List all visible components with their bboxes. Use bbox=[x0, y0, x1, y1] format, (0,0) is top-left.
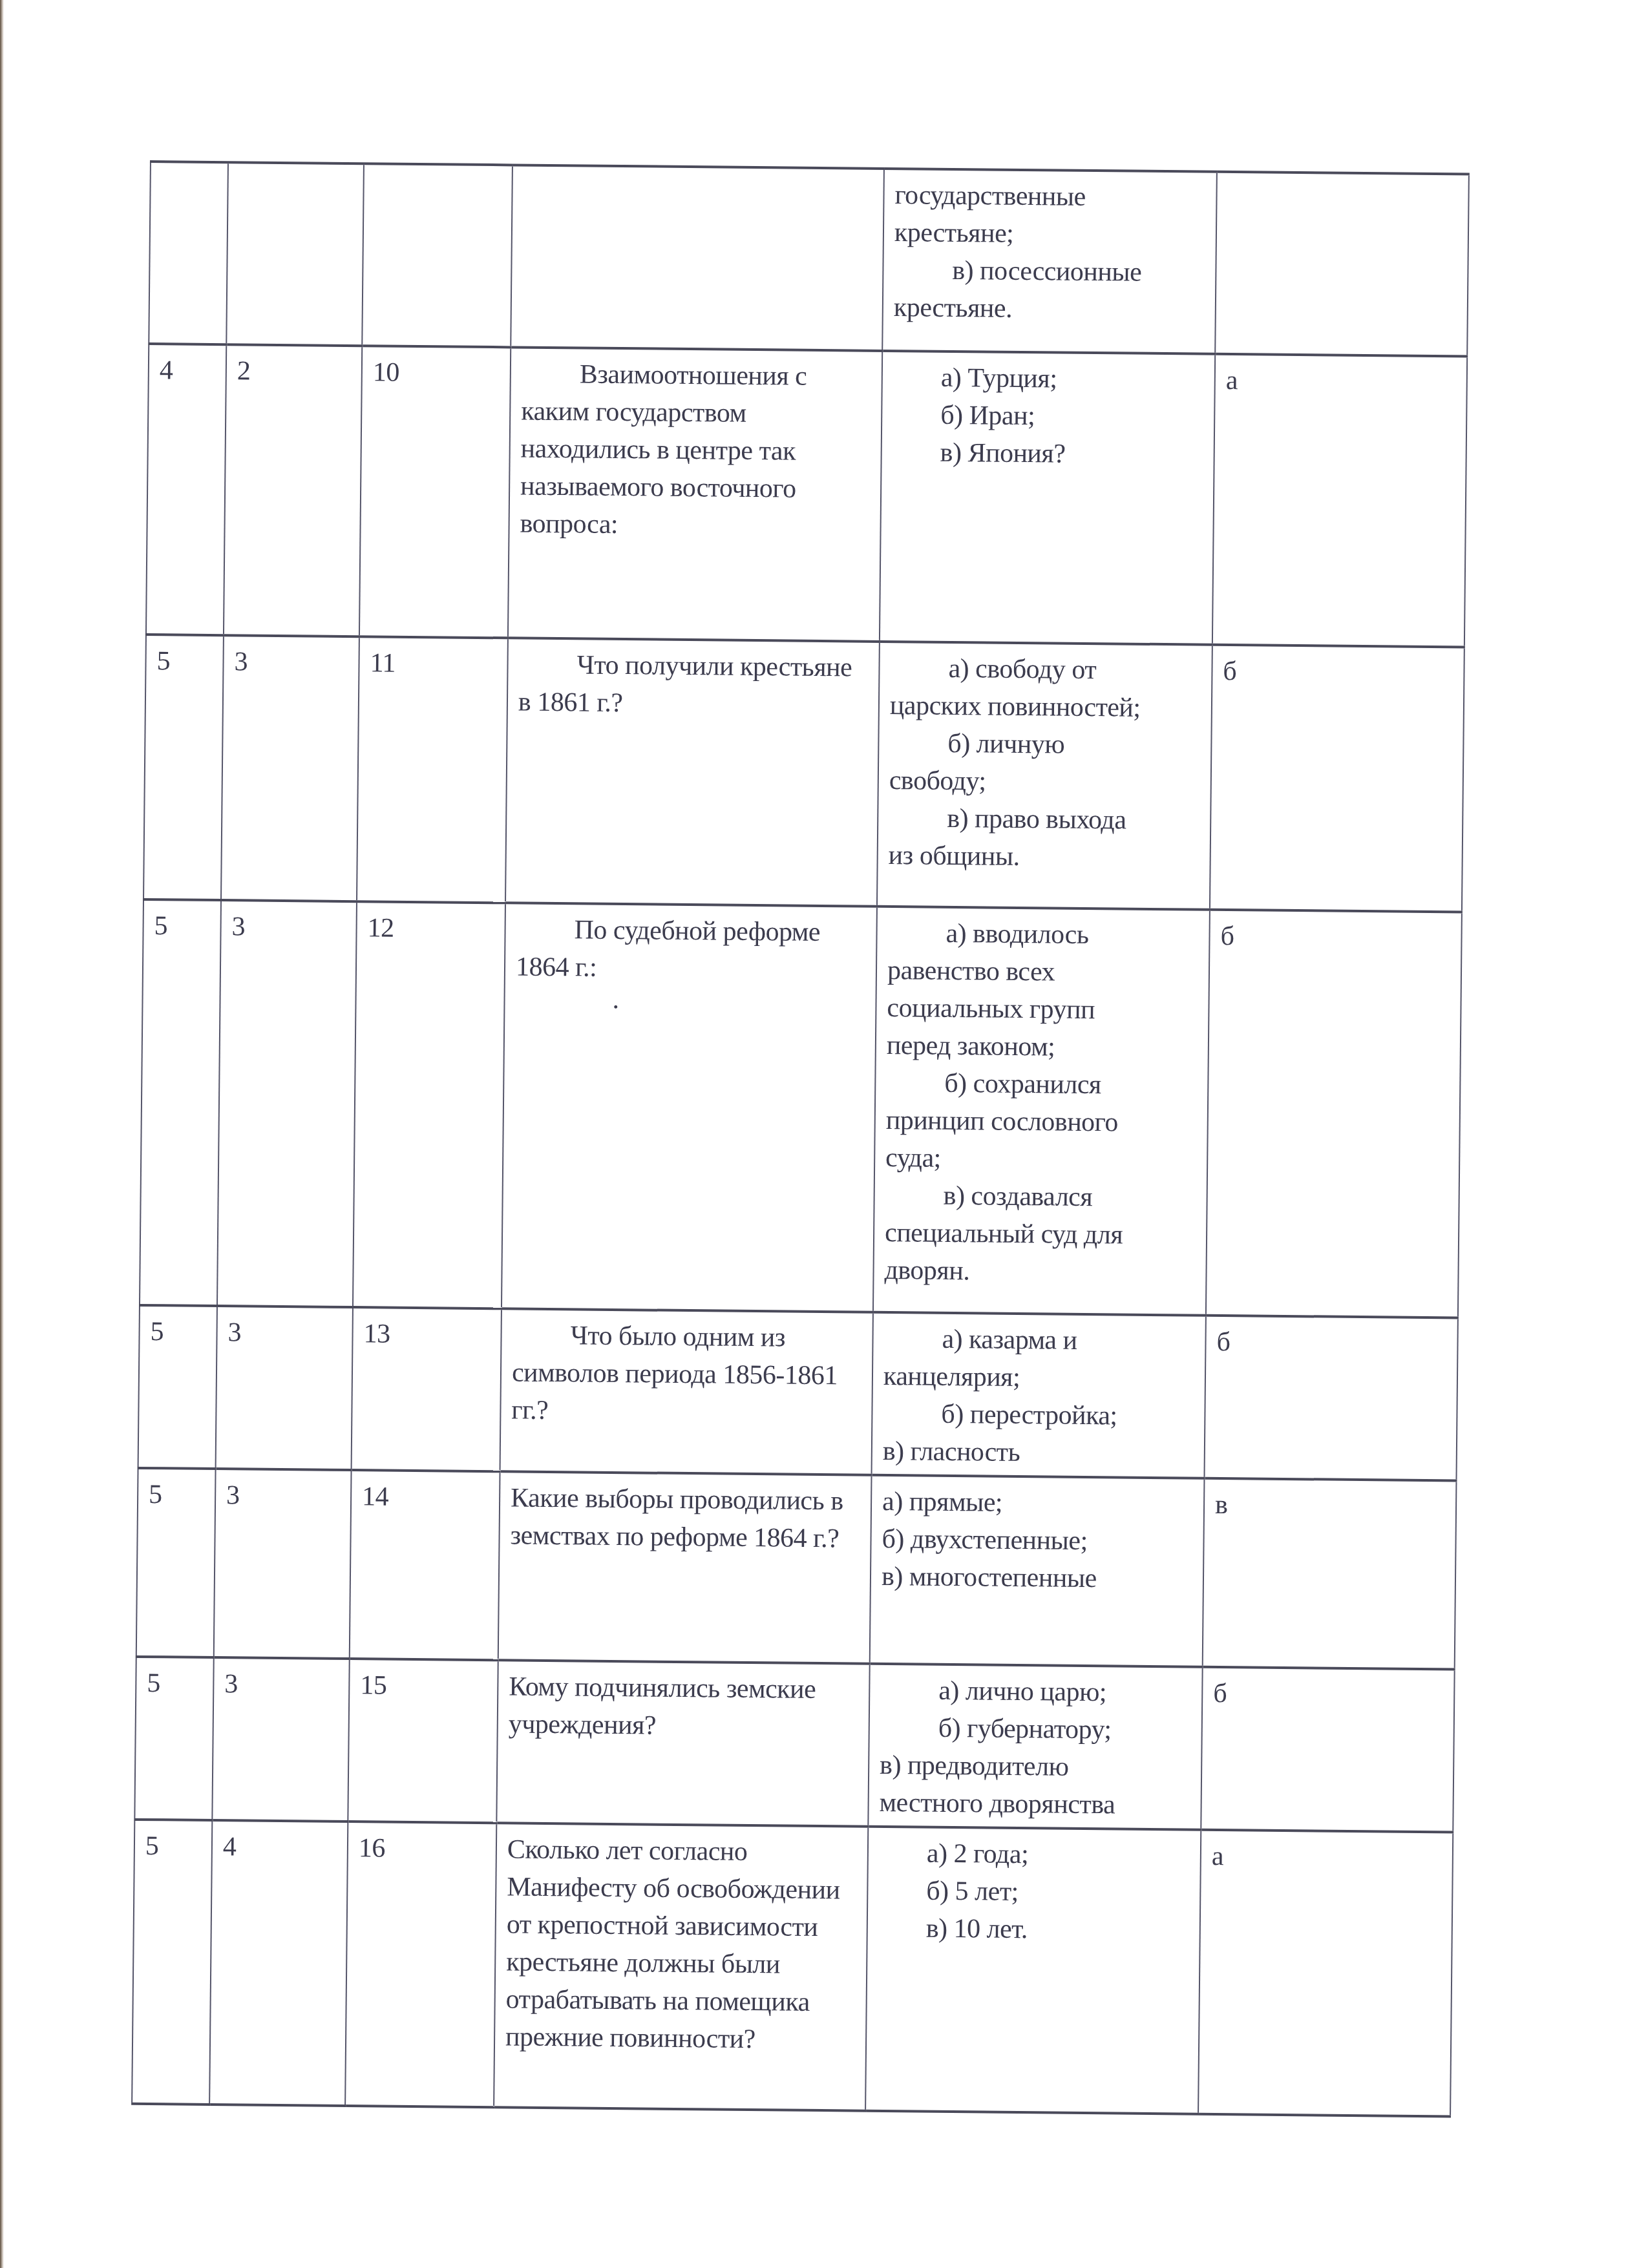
option-line: равенство всех bbox=[887, 952, 1201, 992]
cell-grade: 3 bbox=[221, 635, 359, 901]
cell-answer: б bbox=[1201, 1667, 1454, 1832]
cell-grade: 3 bbox=[212, 1657, 349, 1822]
cell-answer: б bbox=[1210, 645, 1464, 912]
cell-options: а) вводилось равенство всех социальных г… bbox=[873, 907, 1210, 1316]
question-text: Что было одним из символов периода 1856-… bbox=[511, 1316, 865, 1432]
cell-options: а) прямые; б) двухстепенные; в) многосте… bbox=[870, 1475, 1205, 1667]
cell-number bbox=[362, 163, 512, 347]
option-line: б) губернатору; bbox=[880, 1709, 1194, 1750]
option-line: крестьяне; bbox=[894, 214, 1209, 255]
option-line: крестьяне. bbox=[894, 289, 1208, 330]
cell-level: 5 bbox=[136, 1468, 216, 1657]
table-row: 5 3 14 Какие выборы проводились в земств… bbox=[136, 1468, 1457, 1670]
option-line: в) Япония? bbox=[940, 434, 1206, 474]
option-line: а) свободу от bbox=[890, 649, 1204, 690]
cell-number: 11 bbox=[357, 636, 508, 903]
table-row: 5 3 12 По судебной реформе 1864 г.: . а)… bbox=[140, 899, 1462, 1318]
option-line: б) двухстепенные; bbox=[882, 1520, 1196, 1561]
option-line: а) Турция; bbox=[941, 359, 1207, 399]
question-text: Сколько лет согласно Манифесту об освобо… bbox=[505, 1831, 860, 2059]
option-line: государственные bbox=[894, 176, 1209, 217]
option-line: б) 5 лет; bbox=[926, 1873, 1192, 1913]
cell-question: Что было одним из символов периода 1856-… bbox=[500, 1308, 873, 1475]
cell-grade: 4 bbox=[209, 1820, 348, 2106]
cell-answer: б bbox=[1206, 910, 1462, 1318]
cell-level: 5 bbox=[140, 899, 221, 1306]
cell-options: а) Турция; б) Иран; в) Япония? bbox=[880, 351, 1215, 645]
question-text: По судебной реформе 1864 г.: bbox=[516, 910, 869, 989]
cell-number: 15 bbox=[348, 1659, 498, 1823]
option-line: в) 10 лет. bbox=[926, 1910, 1192, 1950]
table-row: 5 3 11 Что получили крестьяне в 1861 г.?… bbox=[143, 635, 1464, 912]
cell-level: 5 bbox=[138, 1305, 217, 1469]
cell-number: 10 bbox=[359, 346, 511, 638]
questions-table: государственные крестьяне; в) посессионн… bbox=[131, 160, 1470, 2117]
cell-options: а) лично царю; б) губернатору; в) предво… bbox=[868, 1664, 1202, 1830]
option-line: а) казарма и bbox=[883, 1320, 1198, 1361]
question-text: Кому подчинялись земские учреждения? bbox=[509, 1668, 861, 1746]
cell-question: По судебной реформе 1864 г.: . bbox=[502, 903, 877, 1312]
option-line: перед законом; bbox=[887, 1027, 1201, 1067]
table-row: 5 3 13 Что было одним из символов период… bbox=[138, 1305, 1458, 1481]
option-line: свободу; bbox=[889, 762, 1203, 803]
questions-table-body: государственные крестьяне; в) посессионн… bbox=[132, 162, 1469, 2116]
cell-question bbox=[511, 165, 884, 351]
cell-question: Взаимоотношения с каким государством нах… bbox=[508, 347, 882, 641]
question-text: Что получили крестьяне в 1861 г.? bbox=[518, 646, 871, 724]
option-line: в) гласность bbox=[883, 1433, 1197, 1473]
option-line: б) личную bbox=[889, 724, 1203, 765]
option-line: б) перестройка; bbox=[883, 1395, 1197, 1436]
cell-grade: 3 bbox=[217, 900, 357, 1307]
option-line: в) многостепенные bbox=[882, 1558, 1196, 1599]
option-line: б) Иран; bbox=[940, 397, 1207, 437]
stray-mark: . bbox=[515, 985, 867, 1014]
option-line: из общины. bbox=[888, 837, 1202, 877]
option-line: социальных групп bbox=[887, 989, 1201, 1030]
question-text: Какие выборы проводились в земствах по р… bbox=[510, 1479, 863, 1557]
option-line: в) предводителю bbox=[880, 1747, 1194, 1787]
cell-answer: б bbox=[1204, 1316, 1457, 1481]
scan-edge bbox=[0, 0, 4, 2268]
cell-options: а) 2 года; б) 5 лет; в) 10 лет. bbox=[865, 1827, 1201, 2114]
cell-level: 5 bbox=[143, 635, 224, 900]
option-line: принцип сословного bbox=[886, 1102, 1200, 1142]
option-line: суда; bbox=[885, 1139, 1199, 1180]
option-line: а) вводилось bbox=[887, 914, 1201, 955]
cell-answer: а bbox=[1198, 1830, 1453, 2117]
option-line: специальный суд для bbox=[885, 1214, 1199, 1255]
cell-number: 12 bbox=[353, 901, 505, 1308]
option-line: а) 2 года; bbox=[927, 1835, 1193, 1875]
cell-level: 4 bbox=[146, 344, 226, 635]
cell-grade bbox=[226, 162, 364, 346]
option-line: в) право выхода bbox=[889, 799, 1203, 840]
question-text: Взаимоотношения с каким государством нах… bbox=[520, 355, 874, 546]
option-line: царских повинностей; bbox=[890, 687, 1204, 728]
option-line: в) создавался bbox=[885, 1177, 1199, 1217]
cell-question: Кому подчинялись земские учреждения? bbox=[496, 1660, 869, 1827]
cell-answer: в bbox=[1203, 1478, 1457, 1670]
option-line: в) посессионные bbox=[894, 251, 1208, 292]
option-line: а) прямые; bbox=[882, 1483, 1196, 1524]
option-line: местного дворянства bbox=[879, 1784, 1193, 1825]
cell-grade: 2 bbox=[224, 344, 362, 636]
table-row: 4 2 10 Взаимоотношения с каким государст… bbox=[146, 344, 1467, 647]
cell-question: Что получили крестьяне в 1861 г.? bbox=[505, 638, 880, 907]
cell-level: 5 bbox=[134, 1657, 213, 1820]
cell-question: Сколько лет согласно Манифесту об освобо… bbox=[494, 1823, 868, 2110]
cell-answer bbox=[1215, 172, 1469, 357]
cell-question: Какие выборы проводились в земствах по р… bbox=[498, 1471, 872, 1664]
table-row: 5 4 16 Сколько лет согласно Манифесту об… bbox=[132, 1820, 1453, 2117]
table-row: государственные крестьяне; в) посессионн… bbox=[149, 162, 1469, 357]
cell-options: а) свободу от царских повинностей; б) ли… bbox=[877, 642, 1212, 910]
cell-number: 13 bbox=[352, 1307, 502, 1471]
option-line: дворян. bbox=[884, 1252, 1198, 1292]
cell-grade: 3 bbox=[216, 1306, 353, 1470]
option-line: канцелярия; bbox=[883, 1358, 1198, 1398]
cell-level bbox=[149, 162, 228, 344]
option-line: а) лично царю; bbox=[880, 1672, 1194, 1712]
table-row: 5 3 15 Кому подчинялись земские учрежден… bbox=[134, 1657, 1454, 1832]
cell-options: а) казарма и канцелярия; б) перестройка;… bbox=[872, 1312, 1206, 1478]
cell-number: 16 bbox=[345, 1822, 496, 2107]
cell-level: 5 bbox=[132, 1820, 212, 2105]
cell-number: 14 bbox=[350, 1470, 500, 1660]
cell-grade: 3 bbox=[214, 1469, 352, 1659]
cell-answer: а bbox=[1212, 354, 1467, 647]
cell-options: государственные крестьяне; в) посессионн… bbox=[882, 169, 1217, 354]
option-line: б) сохранился bbox=[886, 1064, 1200, 1105]
